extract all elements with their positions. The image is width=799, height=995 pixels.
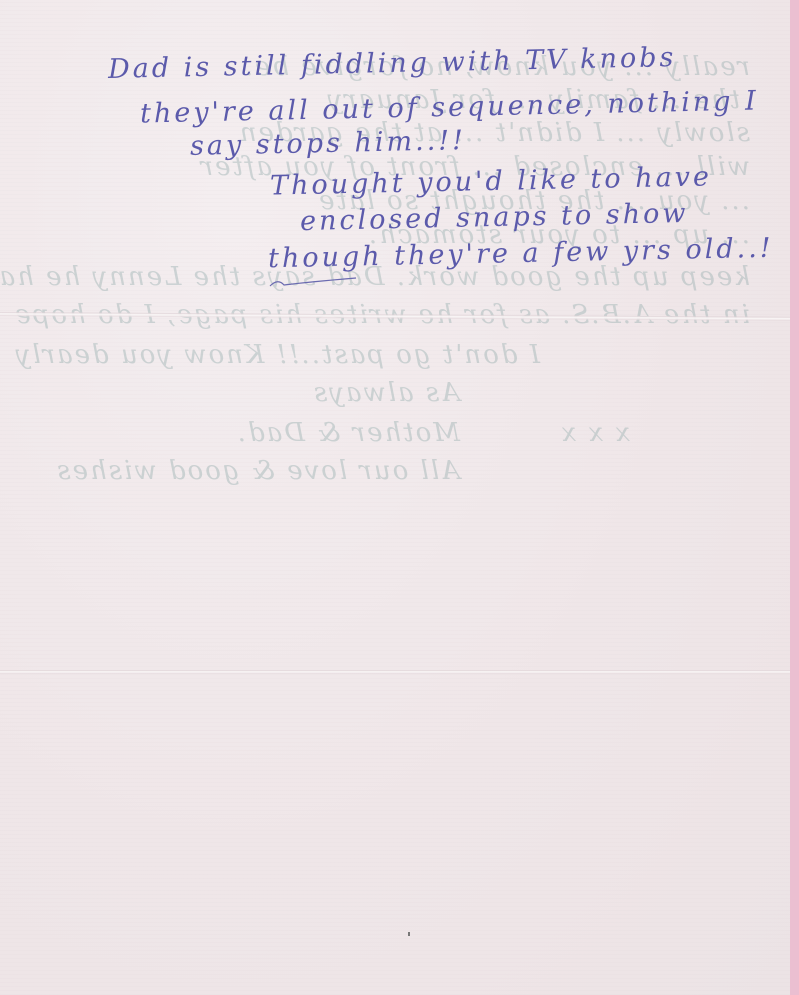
fold-line <box>0 670 790 674</box>
paper-speck <box>408 932 410 936</box>
letter-line: say stops him..!! <box>190 125 467 162</box>
pen-stroke-mark <box>268 276 358 290</box>
background-edge <box>790 0 799 995</box>
